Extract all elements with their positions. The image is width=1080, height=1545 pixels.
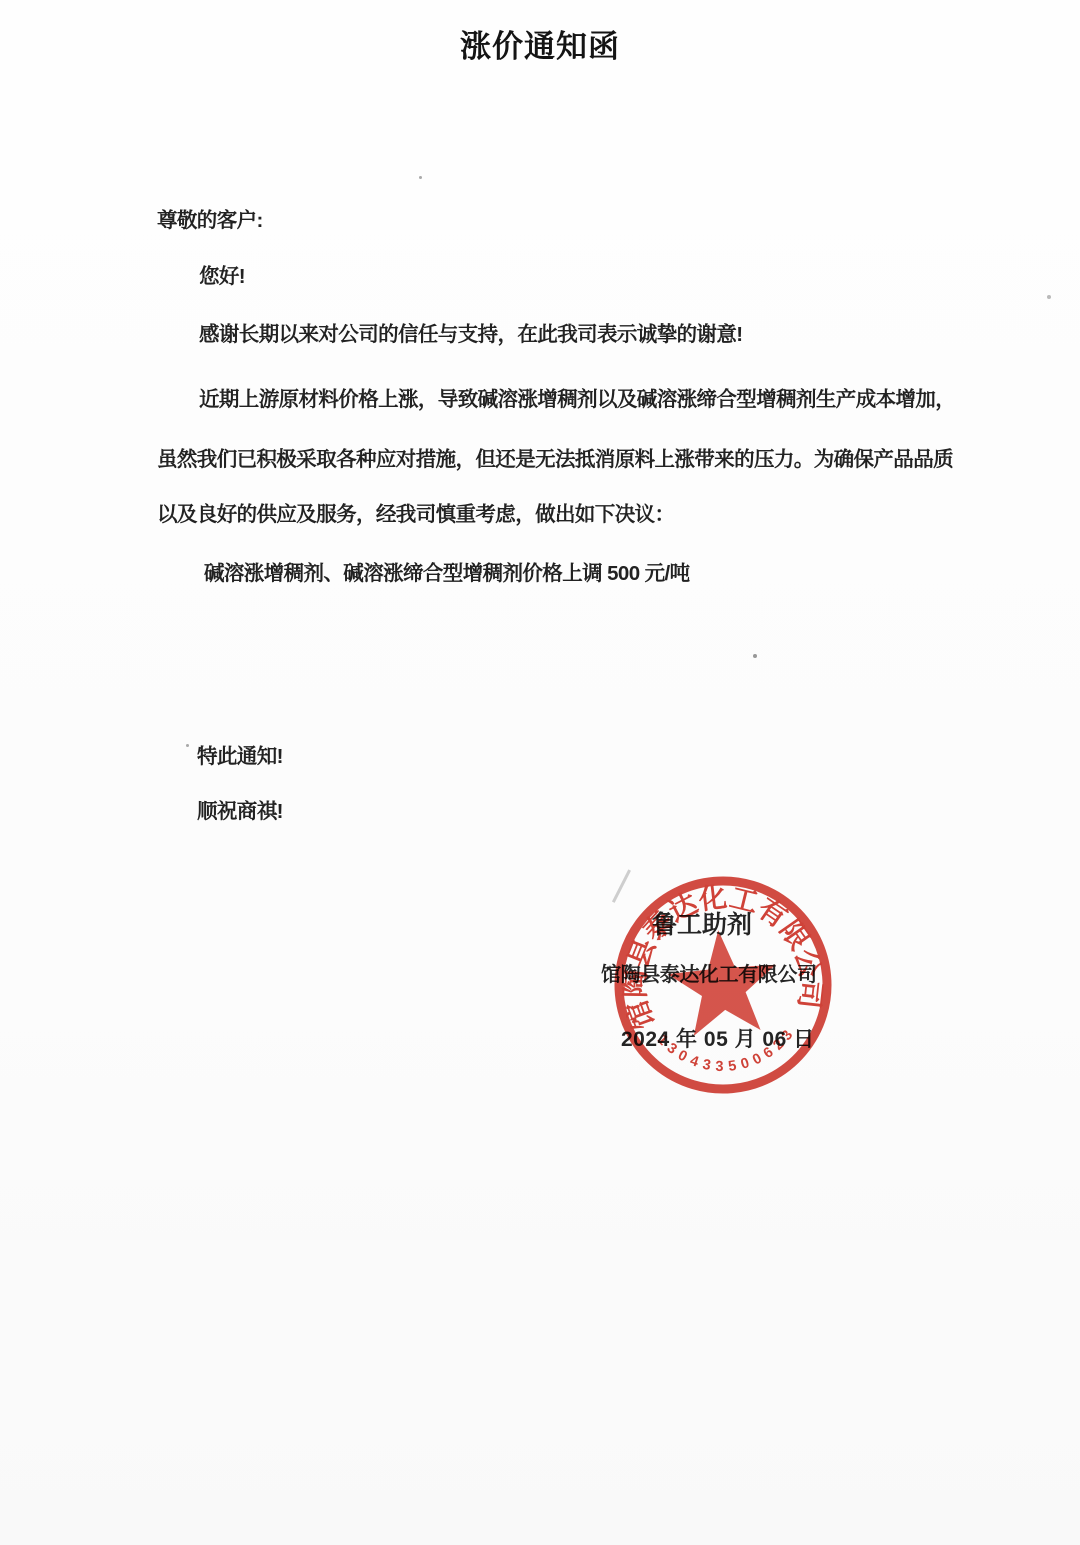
red-star-icon <box>664 925 781 1037</box>
body-line-2: 虽然我们已积极采取各种应对措施，但还是无法抵消原料上涨带来的压力。为确保产品品质 <box>157 442 953 472</box>
scan-noise-dot <box>1047 295 1051 299</box>
closing-wish: 顺祝商祺! <box>197 794 283 824</box>
scan-noise-dot <box>419 176 422 179</box>
closing-notice: 特此通知! <box>197 739 283 769</box>
greeting: 您好! <box>199 259 245 289</box>
decision-line: 碱溶涨增稠剂、碱溶涨缔合型增稠剂价格上调 500 元/吨 <box>204 556 690 586</box>
scanned-letter-page: 涨价通知函 尊敬的客户: 您好! 感谢长期以来对公司的信任与支持，在此我司表示诚… <box>0 0 1080 1545</box>
body-line-3: 以及良好的供应及服务，经我司慎重考虑，做出如下决议： <box>157 497 674 527</box>
document-title: 涨价通知函 <box>0 21 1080 66</box>
salutation: 尊敬的客户: <box>157 203 263 233</box>
scan-noise-dot <box>186 744 189 747</box>
scan-noise-dot <box>753 654 757 658</box>
thanks-line: 感谢长期以来对公司的信任与支持，在此我司表示诚挚的谢意! <box>199 317 743 347</box>
company-seal: 馆陶县泰达化工有限公司 130433500623 <box>573 835 873 1135</box>
body-line-1: 近期上游原材料价格上涨，导致碱溶涨增稠剂以及碱溶涨缔合型增稠剂生产成本增加， <box>199 382 955 412</box>
